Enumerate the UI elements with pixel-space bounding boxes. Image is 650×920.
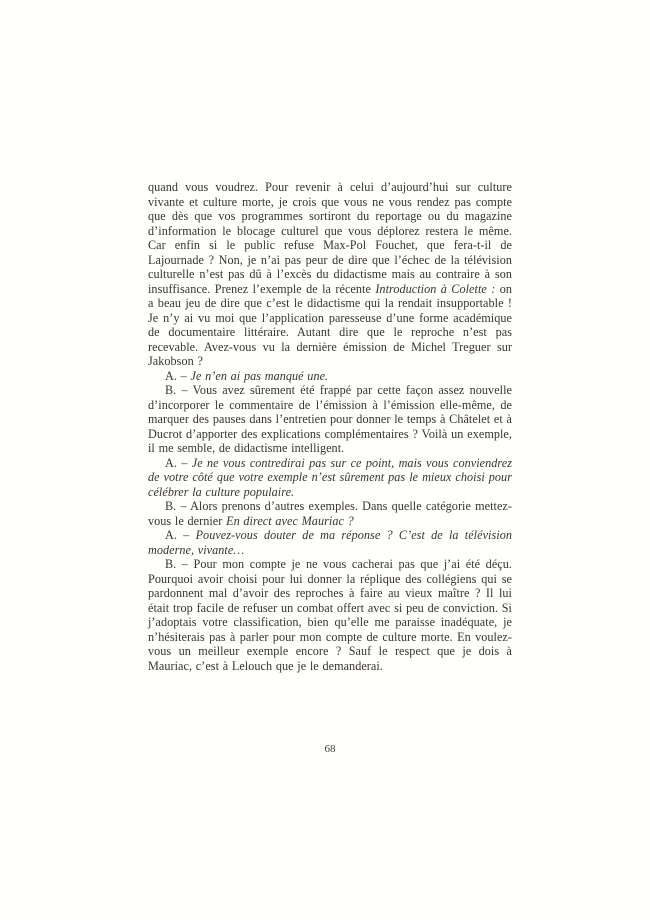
paragraph-dialogue-b: B. – Alors prenons d’autres exemples. Da… <box>148 499 512 528</box>
paragraph-dialogue-b: B. – Vous avez sûrement été frappé par c… <box>148 383 512 456</box>
paragraph-dialogue-a: A. – Je ne vous contredirai pas sur ce p… <box>148 456 512 500</box>
paragraph-dialogue-a: A. – Je n’en ai pas manqué une. <box>148 369 512 384</box>
page-number: 68 <box>148 743 512 755</box>
italic-text-run: En direct avec Mauriac ? <box>226 514 354 528</box>
text-run: quand vous voudrez. Pour revenir à celui… <box>148 180 512 296</box>
paragraph-continuation: quand vous voudrez. Pour revenir à celui… <box>148 180 512 369</box>
text-run: A. – <box>165 456 192 470</box>
italic-text-run: Je n’en ai pas manqué une. <box>191 369 329 383</box>
text-run: A. – <box>165 369 191 383</box>
italic-text-run: Je ne vous contredirai pas sur ce point,… <box>148 456 512 499</box>
paragraph-dialogue-a: A. – Pouvez-vous douter de ma réponse ? … <box>148 528 512 557</box>
book-page: quand vous voudrez. Pour revenir à celui… <box>0 0 650 920</box>
page-text: quand vous voudrez. Pour revenir à celui… <box>148 180 512 673</box>
italic-text-run: Pouvez-vous douter de ma réponse ? C’est… <box>148 528 512 557</box>
text-run: A. – <box>165 528 196 542</box>
text-run: B. – Vous avez sûrement été frappé par c… <box>148 383 512 455</box>
italic-text-run: Introduction à Colette : <box>375 282 495 296</box>
text-run: B. – Pour mon compte je ne vous cacherai… <box>148 557 512 673</box>
paragraph-dialogue-b: B. – Pour mon compte je ne vous cacherai… <box>148 557 512 673</box>
